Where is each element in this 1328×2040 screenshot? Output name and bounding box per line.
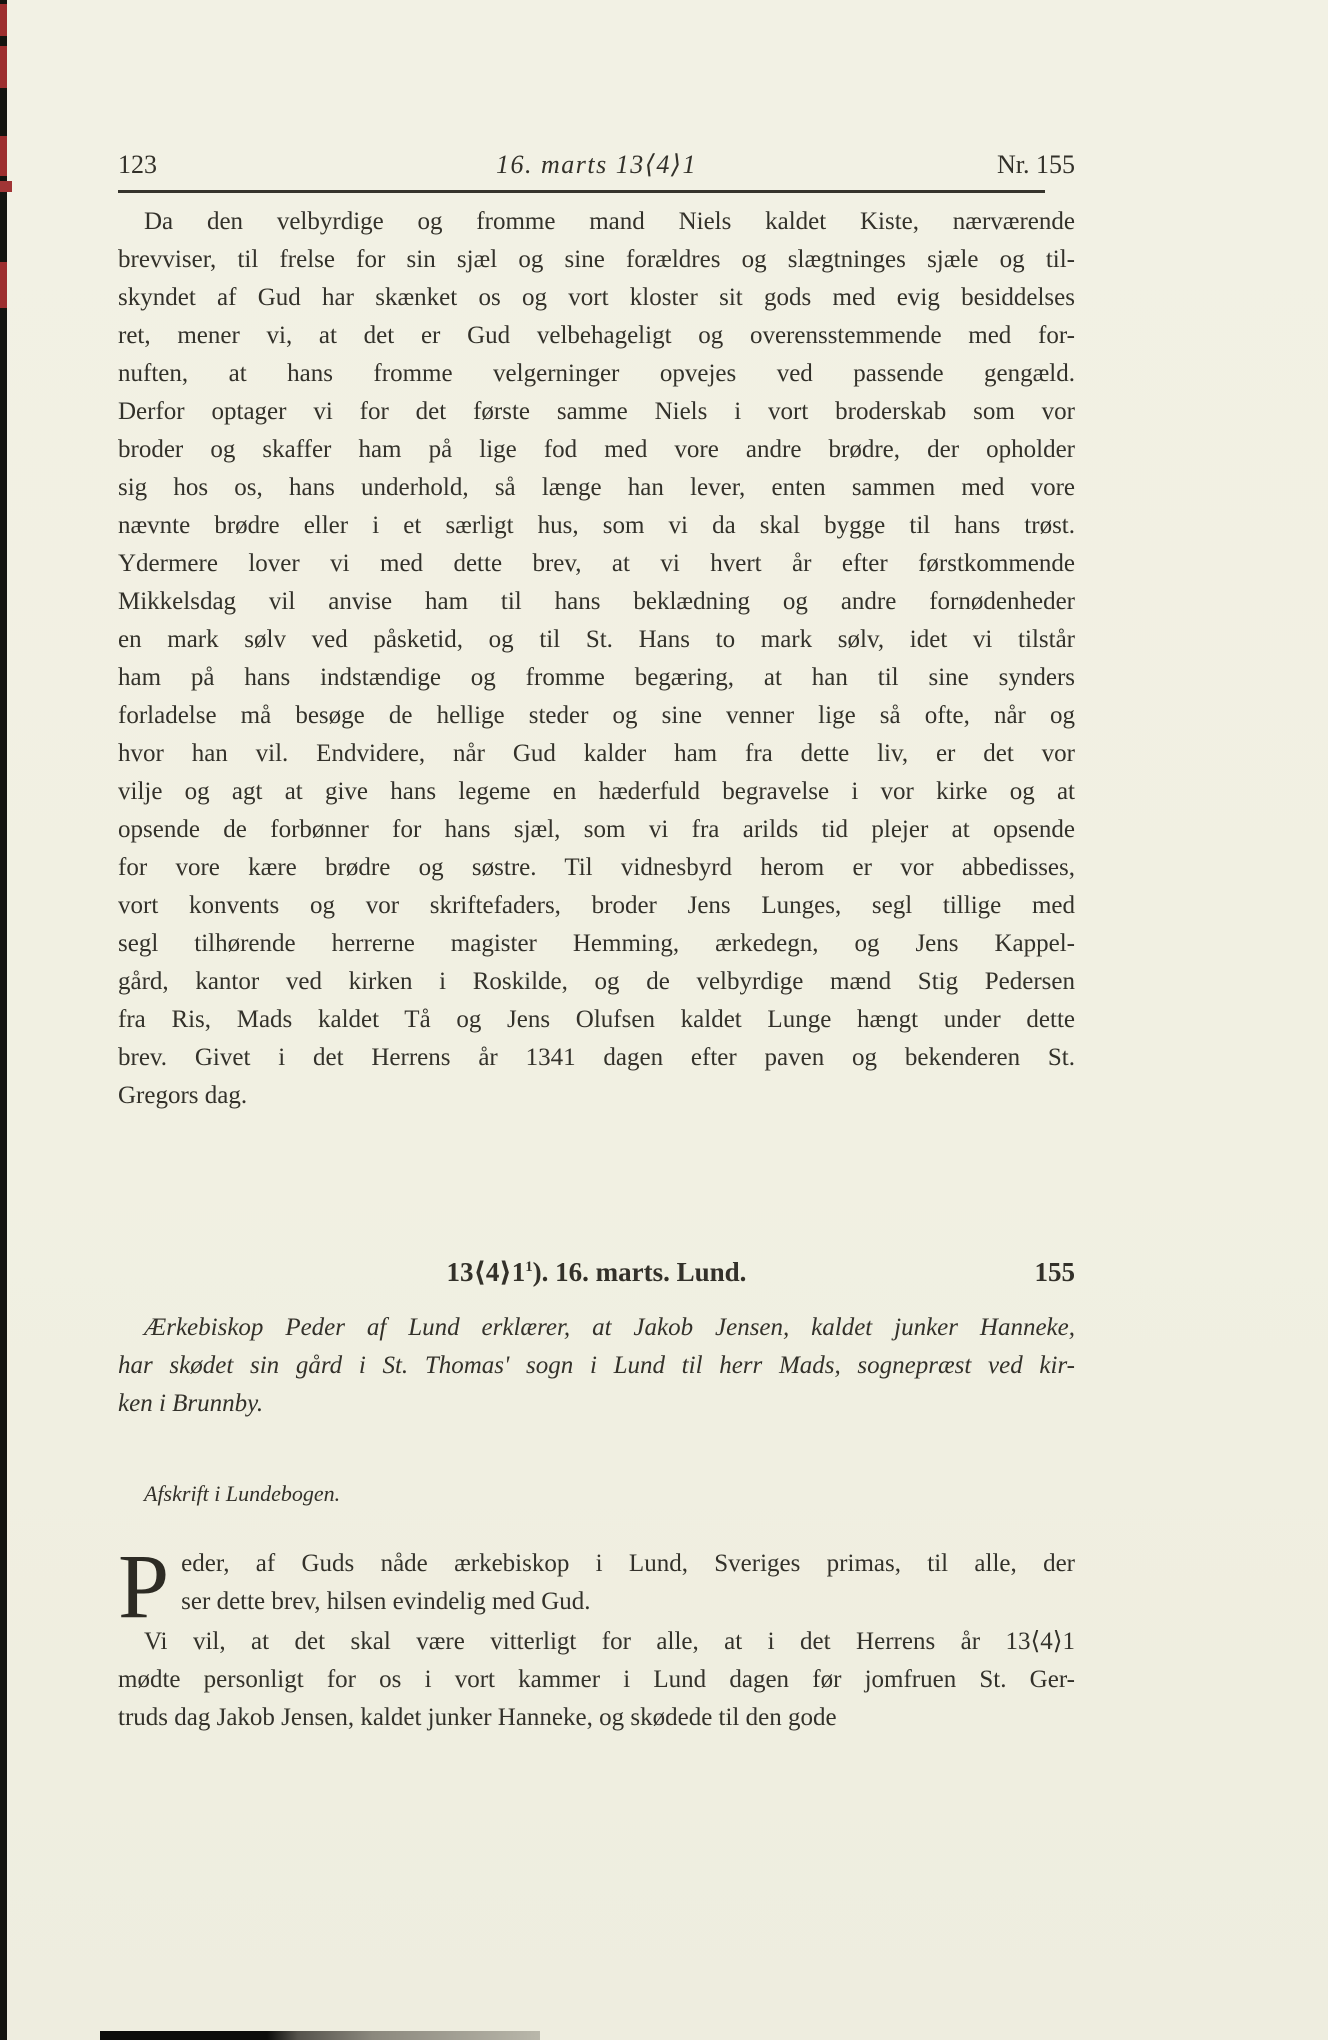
text-line: Derfor optager vi for det første samme N…: [118, 393, 1075, 431]
text-line: hvor han vil. Endvidere, når Gud kalder …: [118, 735, 1075, 773]
letter-body: Vi vil, at det skal være vitterligt for …: [118, 1623, 1075, 1737]
text-line: Mikkelsdag vil anvise ham til hans beklæ…: [118, 583, 1075, 621]
text-line: fra Ris, Mads kaldet Tå og Jens Olufsen …: [118, 1001, 1075, 1039]
entry-date-heading: 13⟨4⟩11). 16. marts. Lund.: [447, 1257, 747, 1287]
text-line: vort konvents og vor skriftefaders, brod…: [118, 887, 1075, 925]
text-column: 123 16. marts 13⟨4⟩1 Nr. 155 Da den velb…: [118, 0, 1075, 1737]
entry-heading: 13⟨4⟩11). 16. marts. Lund. 155: [118, 1253, 1075, 1291]
source-note: Afskrift i Lundebogen.: [118, 1479, 1075, 1509]
text-line: forladelse må besøge de hellige steder o…: [118, 697, 1075, 735]
text-line: ret, mener vi, at det er Gud velbehageli…: [118, 317, 1075, 355]
text-line: gård, kantor ved kirken i Roskilde, og d…: [118, 963, 1075, 1001]
text-line: brev. Givet i det Herrens år 1341 dagen …: [118, 1039, 1075, 1077]
text-line: vilje og agt at give hans legeme en hæde…: [118, 773, 1075, 811]
text-line: nuften, at hans fromme velgerninger opve…: [118, 355, 1075, 393]
text-line: nævnte brødre eller i et særligt hus, so…: [118, 507, 1075, 545]
red-edge-mark: [0, 181, 12, 192]
text-line: mødte personligt for os i vort kammer i …: [118, 1661, 1075, 1699]
text-line: Ærkebiskop Peder af Lund erklærer, at Ja…: [118, 1309, 1075, 1347]
footnote-marker: 1: [525, 1259, 532, 1275]
header-rule: [118, 190, 1045, 193]
text-line: ken i Brunnby.: [118, 1385, 1075, 1423]
red-edge-mark: [0, 4, 7, 36]
entry-number-margin: 155: [1035, 1253, 1076, 1291]
text-line: for vore kære brødre og søstre. Til vidn…: [118, 849, 1075, 887]
letter-salutation: eder, af Guds nåde ærkebiskop i Lund, Sv…: [118, 1545, 1075, 1621]
scan-edge-left: [0, 0, 7, 2040]
entry-summary: Ærkebiskop Peder af Lund erklærer, at Ja…: [118, 1309, 1075, 1423]
text-line: en mark sølv ved påsketid, og til St. Ha…: [118, 621, 1075, 659]
text-line: broder og skaffer ham på lige fod med vo…: [118, 431, 1075, 469]
text-line: ser dette brev, hilsen evindelig med Gud…: [118, 1583, 1075, 1621]
text-line: truds dag Jakob Jensen, kaldet junker Ha…: [118, 1699, 1075, 1737]
running-head: 123 16. marts 13⟨4⟩1 Nr. 155: [118, 148, 1075, 182]
entry-date-rest: ). 16. marts. Lund.: [533, 1257, 747, 1287]
text-line: opsende de forbønner for hans sjæl, som …: [118, 811, 1075, 849]
red-edge-mark: [0, 136, 7, 176]
entry-number-header: Nr. 155: [697, 148, 1075, 182]
text-line: skyndet af Gud har skænket os og vort kl…: [118, 279, 1075, 317]
scanned-book-page: 123 16. marts 13⟨4⟩1 Nr. 155 Da den velb…: [0, 0, 1328, 2040]
entry-date: 13⟨4⟩1: [447, 1257, 526, 1287]
page-number: 123: [118, 148, 496, 182]
red-edge-mark: [0, 46, 7, 88]
text-line: sig hos os, hans underhold, så længe han…: [118, 469, 1075, 507]
scan-artifact-bottom: [100, 2031, 540, 2040]
text-line: eder, af Guds nåde ærkebiskop i Lund, Sv…: [118, 1545, 1075, 1583]
red-edge-mark: [0, 262, 7, 308]
text-line: Vi vil, at det skal være vitterligt for …: [118, 1623, 1075, 1661]
running-title: 16. marts 13⟨4⟩1: [496, 148, 697, 182]
text-line: Gregors dag.: [118, 1077, 1075, 1115]
text-line: har skødet sin gård i St. Thomas' sogn i…: [118, 1347, 1075, 1385]
letter-opening: P eder, af Guds nåde ærkebiskop i Lund, …: [118, 1545, 1075, 1623]
drop-cap: P: [118, 1549, 169, 1623]
text-line: brevviser, til frelse for sin sjæl og si…: [118, 241, 1075, 279]
text-line: Da den velbyrdige og fromme mand Niels k…: [118, 203, 1075, 241]
text-line: Ydermere lover vi med dette brev, at vi …: [118, 545, 1075, 583]
text-line: segl tilhørende herrerne magister Hemmin…: [118, 925, 1075, 963]
text-line: ham på hans indstændige og fromme begæri…: [118, 659, 1075, 697]
previous-entry-text: Da den velbyrdige og fromme mand Niels k…: [118, 203, 1075, 1115]
